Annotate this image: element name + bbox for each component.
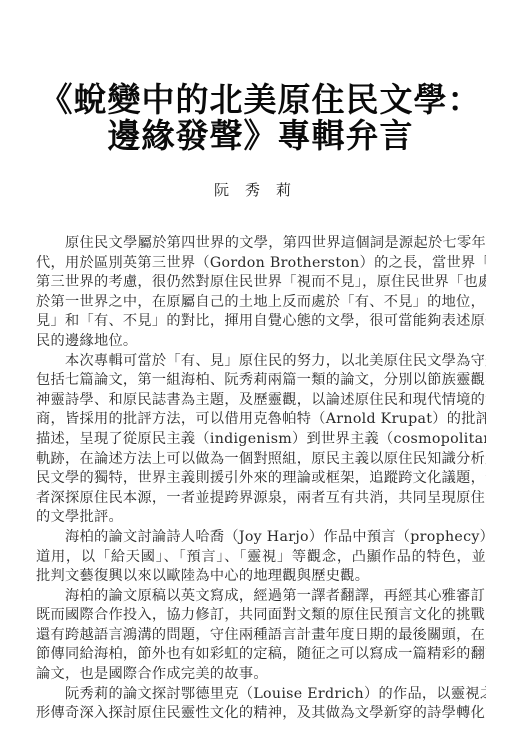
paragraph-2-line: 者深探原住民本源，一者並提跨界源泉，兩者互有共消，共同呈現原住民 bbox=[36, 489, 486, 509]
paragraph-2-line: 本次專輯可當於「有、見」原住民的努力，以北美原住民文學為守題， bbox=[36, 352, 486, 372]
paragraph-3-line: 批判文藝復興以來以歐陸為中心的地理觀與歷史觀。 bbox=[36, 567, 486, 587]
author-name: 阮秀莉 bbox=[0, 180, 521, 200]
paragraph-2-line: 神靈詩學、和原民誌書為主題，及歷靈觀，以論述原住民和現代情境的協 bbox=[36, 391, 486, 411]
paragraph-2-line: 商，皆採用的批評方法，可以借用克魯帕特（Arnold Krupat）的批評詞彙來 bbox=[36, 410, 486, 430]
page-title-line-1: 《蛻變中的北美原住民文學： bbox=[0, 82, 521, 118]
paragraph-2-line: 的文學批評。 bbox=[36, 508, 486, 528]
paragraph-5-line: 阮秀莉的論文探討鄂德里克（Louise Erdrich）的作品，以靈視之旅和變 bbox=[36, 685, 486, 705]
paragraph-3-line: 海柏的論文討論詩人哈喬（Joy Harjo）作品中預言（prophecy）傳統的 bbox=[36, 528, 486, 548]
paragraph-1-line: 民的邊緣地位。 bbox=[36, 332, 486, 352]
paragraph-4-line: 既而國際合作投入，協力修訂，共同面對文類的原住民預言文化的挑戰， bbox=[36, 606, 486, 626]
paragraph-4-line: 海柏的論文原稿以英文寫成，經過第一譯者翻譯，再經其心雅審訂， bbox=[36, 587, 486, 607]
document-page: 《蛻變中的北美原住民文學： 邊緣發聲》專輯弁言 阮秀莉 原住民文學屬於第四世界的… bbox=[0, 0, 521, 756]
paragraph-1-line: 見」和「有、不見」的對比，揮用自覺心態的文學，很可當能夠表述原住 bbox=[36, 312, 486, 332]
paragraph-5-line: 形傳奇深入探討原住民靈性文化的精神，及其做為文學新穿的詩學轉化， bbox=[36, 704, 486, 724]
paragraph-2-line: 包括七篇論文，第一組海柏、阮秀莉兩篇一類的論文，分別以節族靈觀、 bbox=[36, 371, 486, 391]
paragraph-4-line: 論文，也是國際合作成完美的故事。 bbox=[36, 665, 486, 685]
paragraph-1-line: 代，用於區別英第三世界（Gordon Brotherston）的之長，當世界「第… bbox=[36, 254, 486, 274]
paragraph-1-line: 原住民文學屬於第四世界的文學，第四世界這個詞是源起於七零年 bbox=[36, 234, 486, 254]
paragraph-4-line: 還有跨越語言鴻溝的問題，守住兩種語言計畫年度日期的最後關頭，在巴黎 bbox=[36, 626, 486, 646]
paragraph-2-line: 描述，呈現了從原民主義（indigenism）到世界主義（cosmopolita… bbox=[36, 430, 486, 450]
paragraph-1-line: 於第一世界之中，在原屬自己的土地上反而處於「有、不見」的地位，「有、 bbox=[36, 293, 486, 313]
page-title-line-2: 邊緣發聲》專輯弁言 bbox=[0, 118, 521, 154]
paragraph-4-line: 節傳同給海柏，節外也有如彩虹的定稿，随征之可以寫成一篇精彩的翻譯 bbox=[36, 645, 486, 665]
paragraph-2-line: 民文學的獨特，世界主義則援引外來的理論或框架，追蹤跨文化議題，一 bbox=[36, 469, 486, 489]
paragraph-1-line: 第三世界的考慮，很仍然對原住民世界「視而不見」，原住民世界「也處 bbox=[36, 273, 486, 293]
paragraph-3-line: 道用，以「給天國」、「預言」、「靈視」等觀念，凸顯作品的特色，並 bbox=[36, 548, 486, 568]
paragraph-2-line: 軌跡，在論述方法上可以做為一個對照組，原民主義以原住民知識分析原 bbox=[36, 450, 486, 470]
body-text: 原住民文學屬於第四世界的文學，第四世界這個詞是源起於七零年 代，用於區別英第三世… bbox=[36, 234, 486, 724]
